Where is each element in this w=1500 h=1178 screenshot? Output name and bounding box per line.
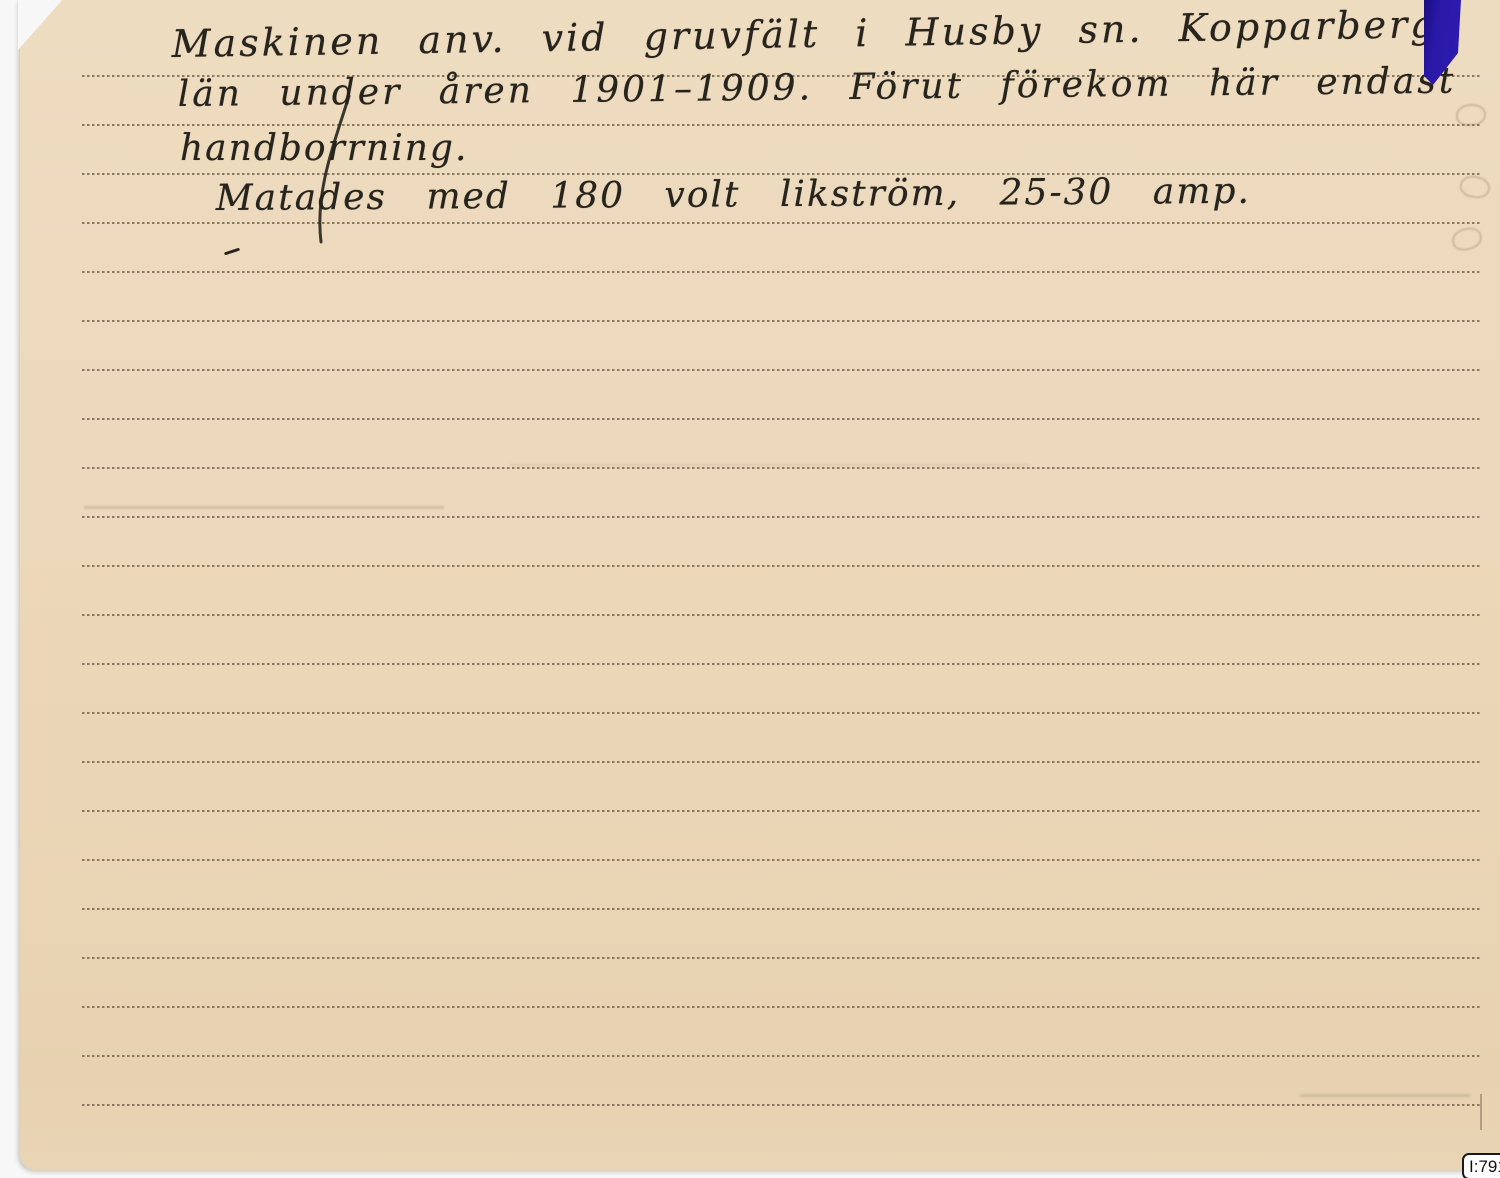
bleed-through-mark (1458, 173, 1492, 202)
scanned-document: Maskinen anv. vid gruvfält i Husby sn. K… (0, 0, 1500, 1178)
ink-tick-mark (224, 248, 240, 256)
faint-smudge (510, 464, 1030, 466)
ruled-line (82, 271, 1482, 273)
handwritten-line-2: län under åren 1901–1909. Förut förekom … (178, 61, 1457, 115)
archive-label-text: I:791 (1469, 1157, 1500, 1177)
ruled-line (82, 418, 1482, 420)
ruled-line (82, 614, 1482, 616)
ruled-line (82, 222, 1482, 224)
ruled-line (82, 1055, 1482, 1057)
ruled-line (82, 369, 1482, 371)
stray-ink-stroke (305, 92, 365, 247)
archive-label: I:791 (1462, 1153, 1500, 1178)
ruled-line (82, 761, 1482, 763)
ruled-line (82, 810, 1482, 812)
faint-pencil-smudge (1300, 1094, 1470, 1097)
ruled-line (82, 663, 1482, 665)
handwritten-line-4: Matades med 180 volt likström, 25-30 amp… (216, 171, 1251, 219)
ruled-line (82, 565, 1482, 567)
ruled-line (82, 1006, 1482, 1008)
ruled-line (82, 957, 1482, 959)
faint-smudge (84, 506, 444, 509)
index-card: Maskinen anv. vid gruvfält i Husby sn. K… (20, 0, 1500, 1170)
ruled-line (82, 320, 1482, 322)
handwritten-line-1: Maskinen anv. vid gruvfält i Husby sn. K… (171, 2, 1460, 66)
ruled-line (82, 712, 1482, 714)
ruled-line (82, 908, 1482, 910)
ruled-line (82, 1104, 1482, 1106)
ruled-line (82, 859, 1482, 861)
bleed-through-mark (1450, 226, 1483, 253)
ruled-line (82, 516, 1482, 518)
ruled-line (82, 467, 1482, 469)
faint-margin-tick (1480, 1094, 1482, 1130)
ruled-line (82, 124, 1482, 126)
bleed-through-mark (1456, 104, 1486, 126)
